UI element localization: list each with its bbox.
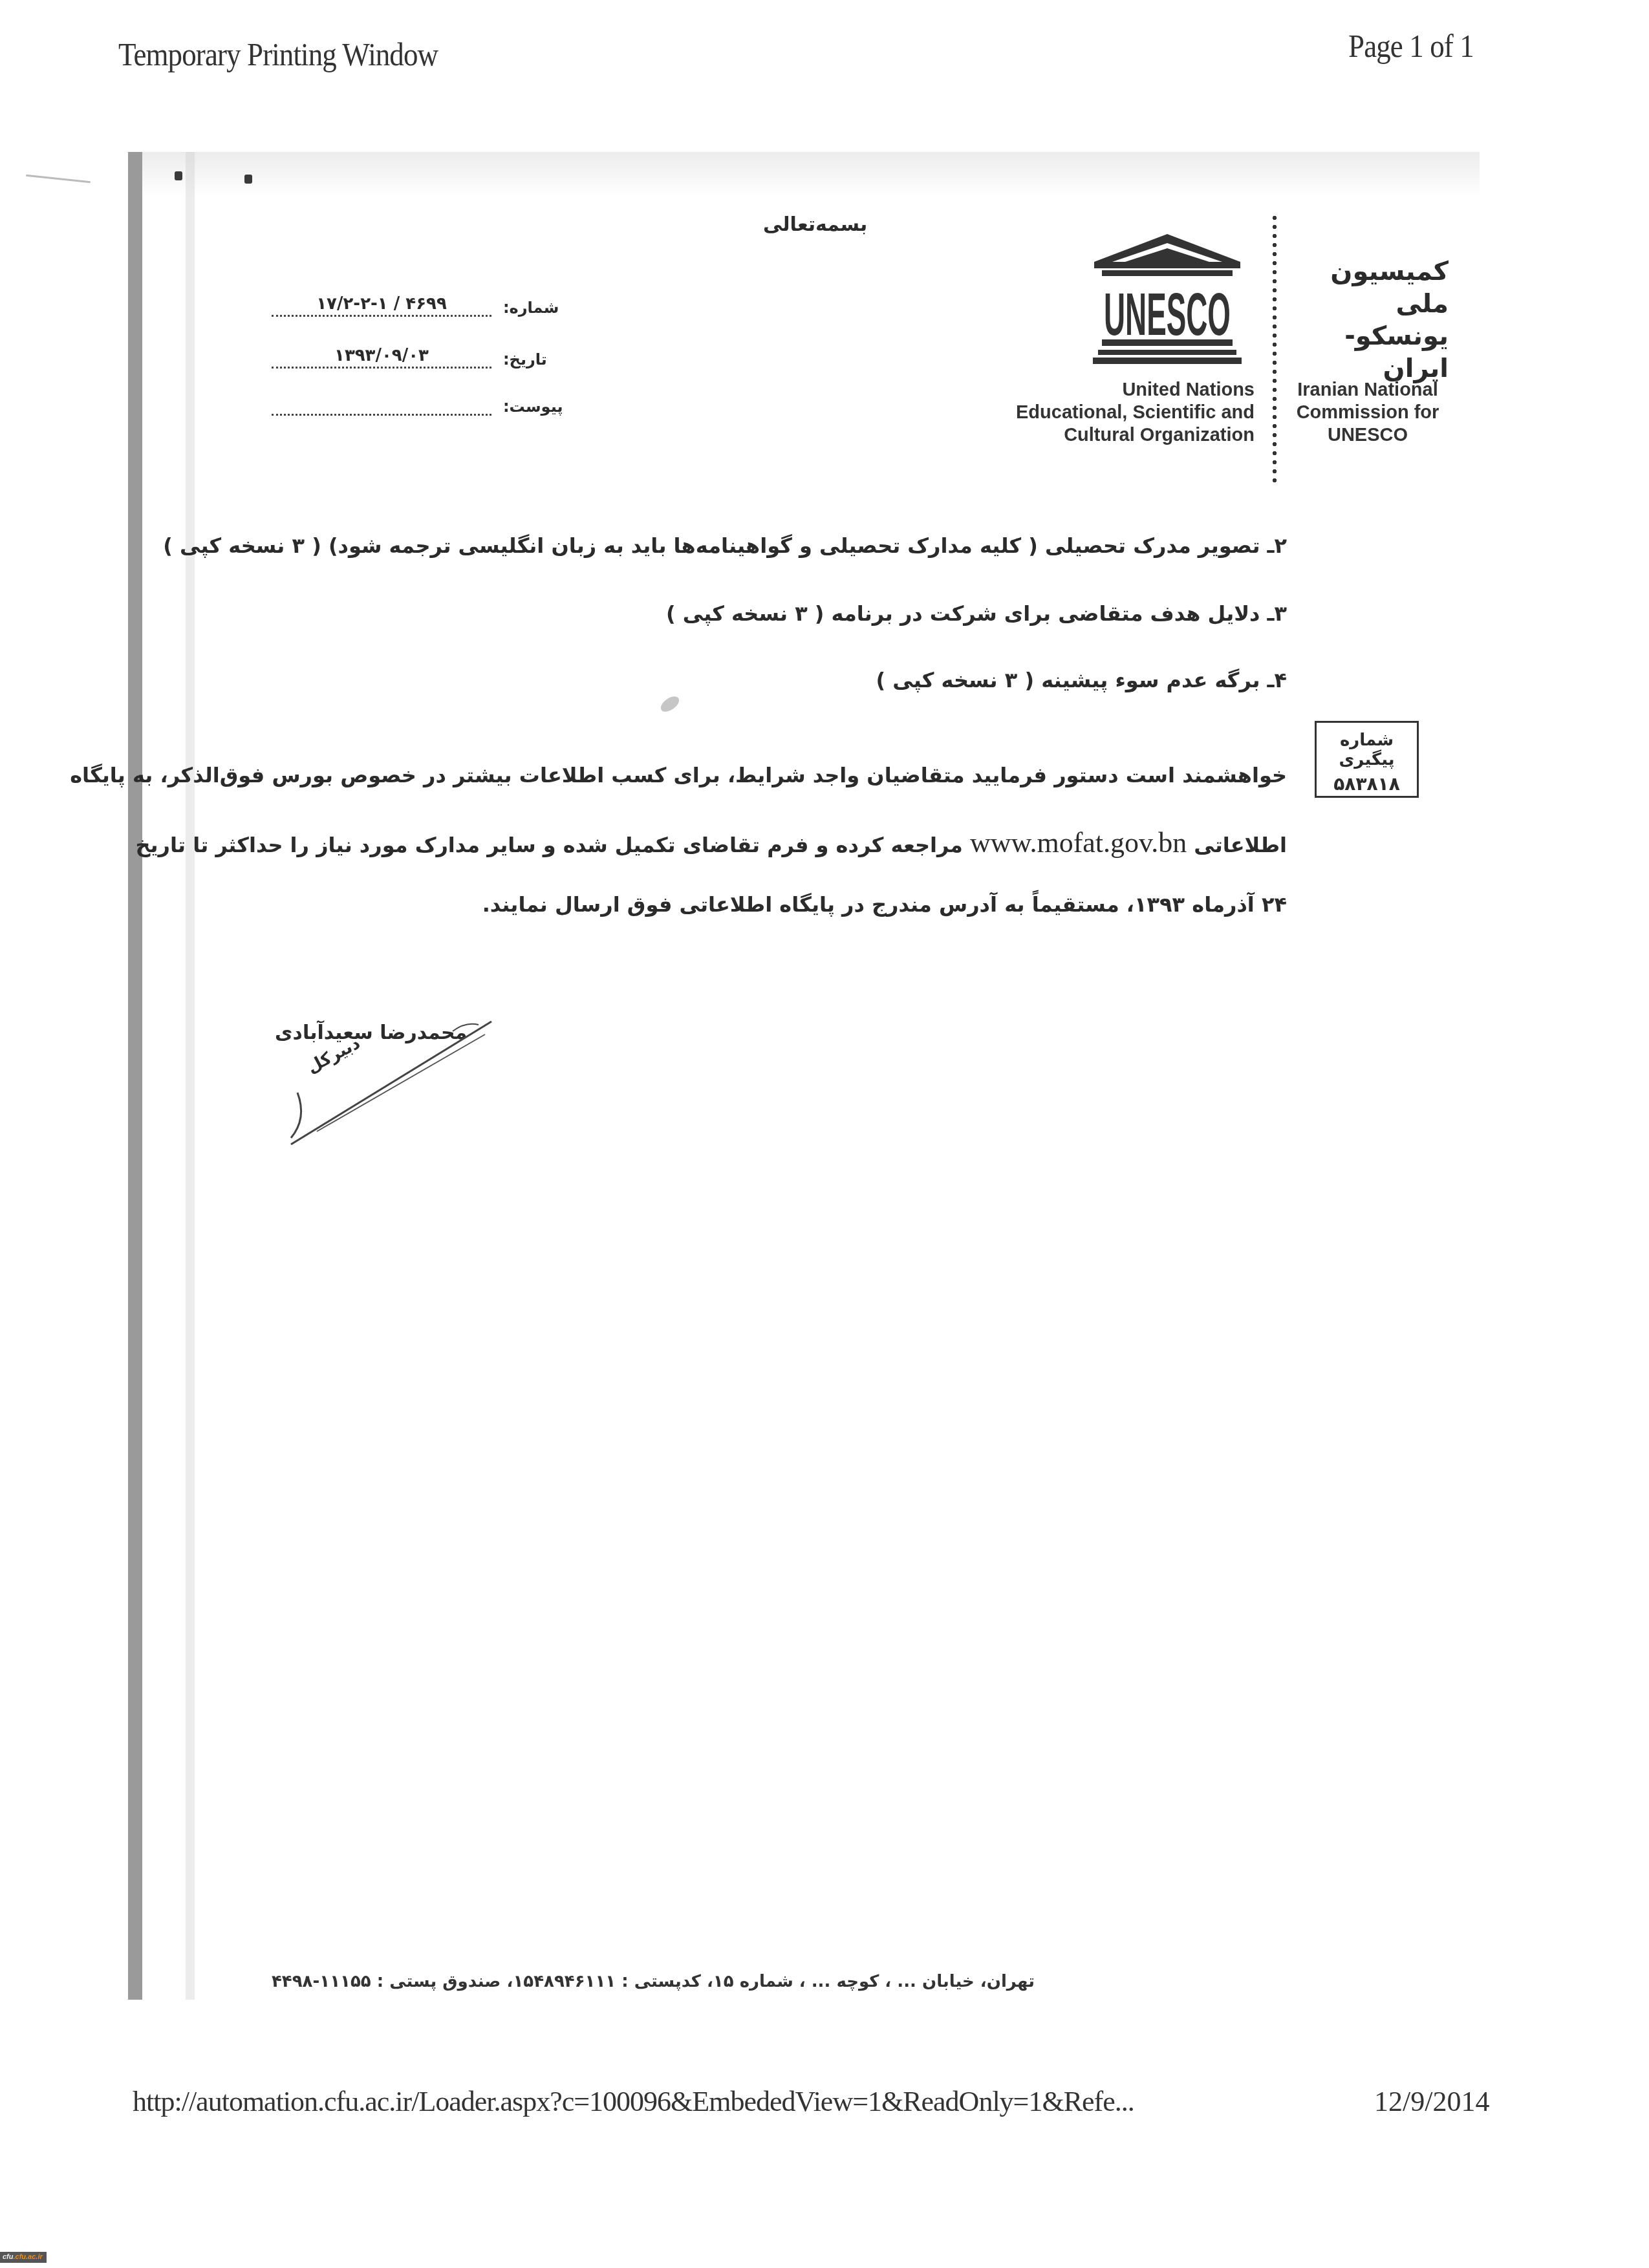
letter-number-label: شماره: (503, 299, 559, 317)
letter-number-value: ۱۷/۲-۲-۱ / ۴۶۹۹ (272, 294, 491, 317)
commission-fa-line: یونسکو- ایران (1287, 320, 1449, 385)
letter-attachment-row: پیوست: (272, 398, 563, 416)
tracking-value: ۵۸۳۸۱۸ (1317, 773, 1417, 795)
scan-edge-bar (128, 152, 142, 2000)
org-en-line: Educational, Scientific and (957, 401, 1255, 424)
watermark-part: .cfu.ac.ir (14, 2253, 43, 2261)
letter-date-value: ۱۳۹۳/۰۹/۰۳ (272, 346, 491, 369)
paragraph-text: اطلاعاتی (1194, 833, 1287, 857)
print-date: 12/9/2014 (1374, 2085, 1489, 2118)
paragraph-line-1: خواهشمند است دستور فرمایید متقاضیان واجد… (70, 763, 1287, 787)
letter-footer-address: تهران، خیابان ... ، کوچه ... ، شماره ۱۵،… (272, 1972, 1035, 1991)
tracking-label: شماره پیگیری (1317, 731, 1417, 769)
letter-date-row: تاریخ: ۱۳۹۳/۰۹/۰۳ (272, 346, 547, 369)
commission-fa-line: کمیسیون ملی (1287, 255, 1449, 320)
letter-number-row: شماره: ۱۷/۲-۲-۱ / ۴۶۹۹ (272, 294, 559, 317)
org-en-line: Cultural Organization (957, 424, 1255, 447)
commission-en-line: Iranian National (1287, 379, 1449, 401)
bismillah-heading: بسمه‌تعالی (763, 213, 867, 236)
paragraph-line-2: اطلاعاتی www.mofat.gov.bn مراجعه کرده و … (136, 826, 1287, 859)
logo-divider (1273, 213, 1277, 485)
scan-artifact (26, 175, 91, 183)
commission-en-line: UNESCO (1287, 424, 1449, 447)
letter-attachment-value (272, 412, 491, 416)
unesco-org-name: United Nations Educational, Scientific a… (957, 379, 1255, 447)
svg-text:UNESCO: UNESCO (1104, 282, 1231, 348)
scan-shadow (128, 152, 1480, 197)
scan-mark (175, 171, 182, 180)
letter-date-label: تاریخ: (503, 350, 547, 369)
commission-name-fa: کمیسیون ملی یونسکو- ایران (1287, 255, 1449, 385)
paragraph-line-3: ۲۴ آذرماه ۱۳۹۳، مستقیماً به آدرس مندرج د… (482, 892, 1287, 917)
watermark-badge: cfu.cfu.ac.ir (0, 2252, 47, 2263)
letter-attachment-label: پیوست: (503, 398, 563, 416)
signature-stroke-icon (272, 1009, 504, 1151)
requirement-item: ۳ـ دلایل هدف متقاضی برای شرکت در برنامه … (666, 601, 1287, 626)
website-link[interactable]: www.mofat.gov.bn (970, 827, 1187, 859)
commission-name-en: Iranian National Commission for UNESCO (1287, 379, 1449, 447)
scan-edge-shadow (186, 152, 195, 2000)
requirement-item: ۲ـ تصویر مدرک تحصیلی ( کلیه مدارک تحصیلی… (163, 533, 1287, 558)
org-en-line: United Nations (957, 379, 1255, 401)
tracking-number-box: شماره پیگیری ۵۸۳۸۱۸ (1315, 721, 1419, 798)
page-count: Page 1 of 1 (1348, 27, 1474, 65)
print-url: http://automation.cfu.ac.ir/Loader.aspx?… (133, 2085, 1134, 2118)
unesco-logo: UNESCO (1093, 233, 1242, 365)
commission-en-line: Commission for (1287, 401, 1449, 424)
requirement-item: ۴ـ برگه عدم سوء پیشینه ( ۳ نسخه کپی ) (876, 668, 1287, 692)
paragraph-text: مراجعه کرده و فرم تقاضای تکمیل شده و سای… (136, 833, 963, 857)
print-window-title: Temporary Printing Window (118, 36, 438, 73)
scan-mark (244, 175, 252, 184)
watermark-part: cfu (3, 2253, 14, 2261)
unesco-temple-icon: UNESCO (1093, 233, 1242, 365)
